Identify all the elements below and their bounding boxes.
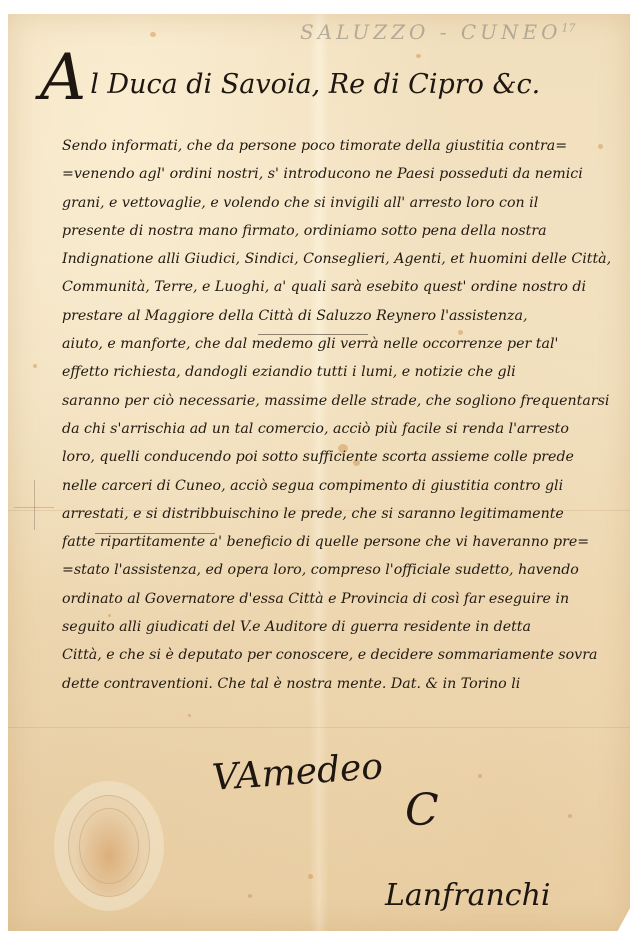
foxing-spot (248, 894, 252, 898)
countersign-flourish: C (405, 785, 439, 836)
foxing-spot (150, 32, 156, 37)
body-line: loro, quelli conducendo poi sotto suffic… (62, 443, 632, 471)
pencil-underline-saluzzo (258, 334, 368, 335)
margin-cross-mark (14, 507, 54, 508)
foxing-spot (478, 774, 482, 778)
body-line: Città, e che si è deputato per conoscere… (62, 641, 632, 669)
body-line: =stato l'assistenza, ed opera loro, comp… (62, 556, 632, 584)
document-page: SALUZZO - CUNEO17 Al Duca di Savoia, Re … (0, 0, 638, 945)
body-line: prestare al Maggiore della Città di Salu… (62, 302, 632, 330)
heading-text: l Duca di Savoia, Re di Cipro &c. (90, 69, 540, 100)
seal-ring (79, 808, 139, 884)
body-line: Indignatione alli Giudici, Sindici, Cons… (62, 245, 632, 273)
pencil-note-number: 17 (562, 21, 576, 34)
body-line: seguito alli giudicati del V.e Auditore … (62, 613, 632, 641)
body-line: ordinato al Governatore d'essa Città e P… (62, 585, 632, 613)
foxing-spot (568, 814, 572, 818)
pencil-underline-cuneo (95, 533, 215, 534)
heading-initial: A (40, 41, 86, 115)
wafer-seal-icon (68, 795, 150, 897)
body-line: =venendo agl' ordini nostri, s' introduc… (62, 160, 632, 188)
foxing-spot (33, 364, 37, 368)
margin-cross-mark (34, 480, 35, 530)
horizontal-fold-line (8, 727, 630, 728)
body-line: Communità, Terre, e Luoghi, a' quali sar… (62, 273, 632, 301)
body-line: Sendo informati, che da persone poco tim… (62, 132, 632, 160)
body-line: arrestati, e si distribbuischino le pred… (62, 500, 632, 528)
body-line: nelle carceri di Cuneo, acciò segua comp… (62, 472, 632, 500)
foxing-spot (308, 874, 313, 879)
pencil-note-text: SALUZZO - CUNEO (300, 20, 562, 44)
body-line: effetto richiesta, dandogli eziandio tut… (62, 358, 632, 386)
body-line: dette contraventioni. Che tal è nostra m… (62, 670, 632, 698)
pencil-archive-note: SALUZZO - CUNEO17 (300, 20, 576, 44)
letter-heading: Al Duca di Savoia, Re di Cipro &c. (40, 48, 540, 108)
body-line: da chi s'arrischia ad un tal comercio, a… (62, 415, 632, 443)
body-line: grani, e vettovaglie, e volendo che si i… (62, 189, 632, 217)
foxing-spot (188, 714, 191, 717)
body-line: presente di nostra mano firmato, ordinia… (62, 217, 632, 245)
body-line: saranno per ciò necessarie, massime dell… (62, 387, 632, 415)
letter-body: Sendo informati, che da persone poco tim… (62, 132, 632, 698)
secretary-signature: Lanfranchi (385, 878, 551, 913)
